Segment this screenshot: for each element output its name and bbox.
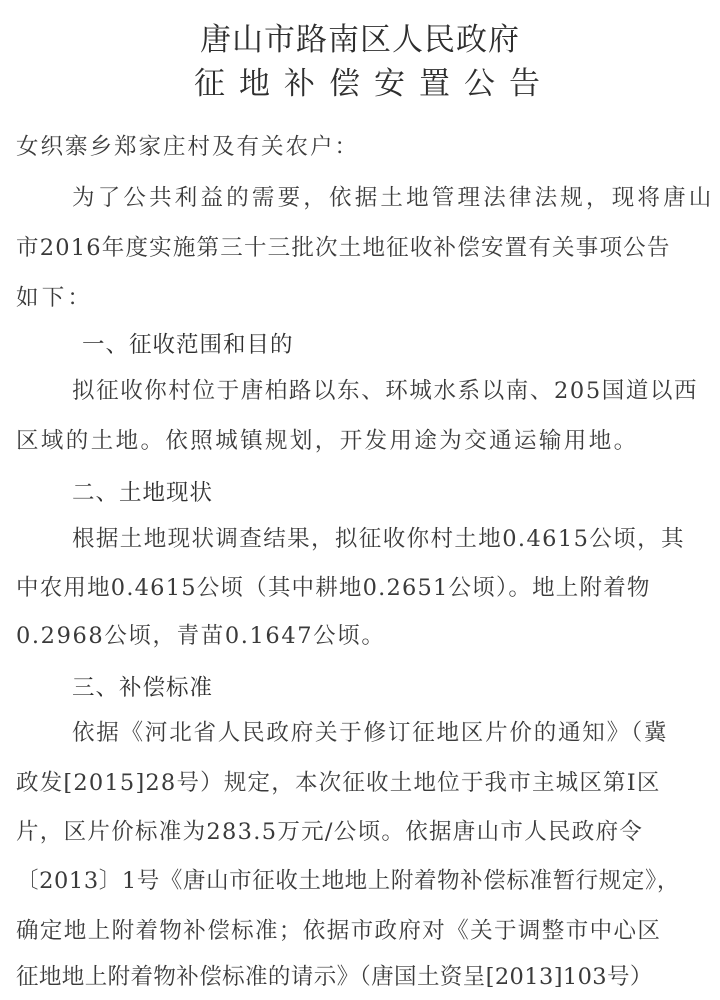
body-line: 政发[2015]28号）规定，本次征收土地位于我市主城区第Ⅰ区 bbox=[16, 768, 716, 798]
body-line: 根据土地现状调查结果，拟征收你村土地0.4615公顷，其 bbox=[72, 524, 716, 554]
body-line: 依据《河北省人民政府关于修订征地区片价的通知》（冀 bbox=[72, 718, 716, 748]
body-line: 征地地上附着物补偿标准的请示》（唐国土资呈[2013]103号） bbox=[16, 962, 716, 992]
intro-line: 为了公共利益的需要，依据土地管理法律法规，现将唐山 bbox=[72, 183, 716, 213]
section-heading-standard: 三、补偿标准 bbox=[72, 670, 213, 702]
body-line: 0.2968公顷，青苗0.1647公顷。 bbox=[16, 621, 716, 651]
body-line: 区域的土地。依照城镇规划，开发用途为交通运输用地。 bbox=[16, 426, 716, 456]
issuer-title: 唐山市路南区人民政府 bbox=[0, 14, 720, 59]
body-line: 中农用地0.4615公顷（其中耕地0.2651公顷）。地上附着物 bbox=[16, 573, 716, 603]
section-heading-scope: 一、征收范围和目的 bbox=[82, 327, 294, 359]
salutation: 女织寨乡郑家庄村及有关农户： bbox=[16, 132, 716, 162]
notice-title: 征地补偿安置公告 bbox=[0, 58, 720, 103]
body-line: 拟征收你村位于唐柏路以东、环城水系以南、205国道以西 bbox=[72, 376, 716, 406]
body-line: 〔2013〕1号《唐山市征收土地地上附着物补偿标准暂行规定》， bbox=[16, 866, 716, 896]
intro-line: 市2016年度实施第三十三批次土地征收补偿安置有关事项公告 bbox=[16, 233, 716, 263]
body-line: 片，区片价标准为283.5万元/公顷。依据唐山市人民政府令 bbox=[16, 817, 716, 847]
body-line: 确定地上附着物补偿标准；依据市政府对《关于调整市中心区 bbox=[16, 916, 716, 946]
section-heading-status: 二、土地现状 bbox=[72, 475, 213, 507]
intro-line: 如下： bbox=[16, 283, 716, 313]
